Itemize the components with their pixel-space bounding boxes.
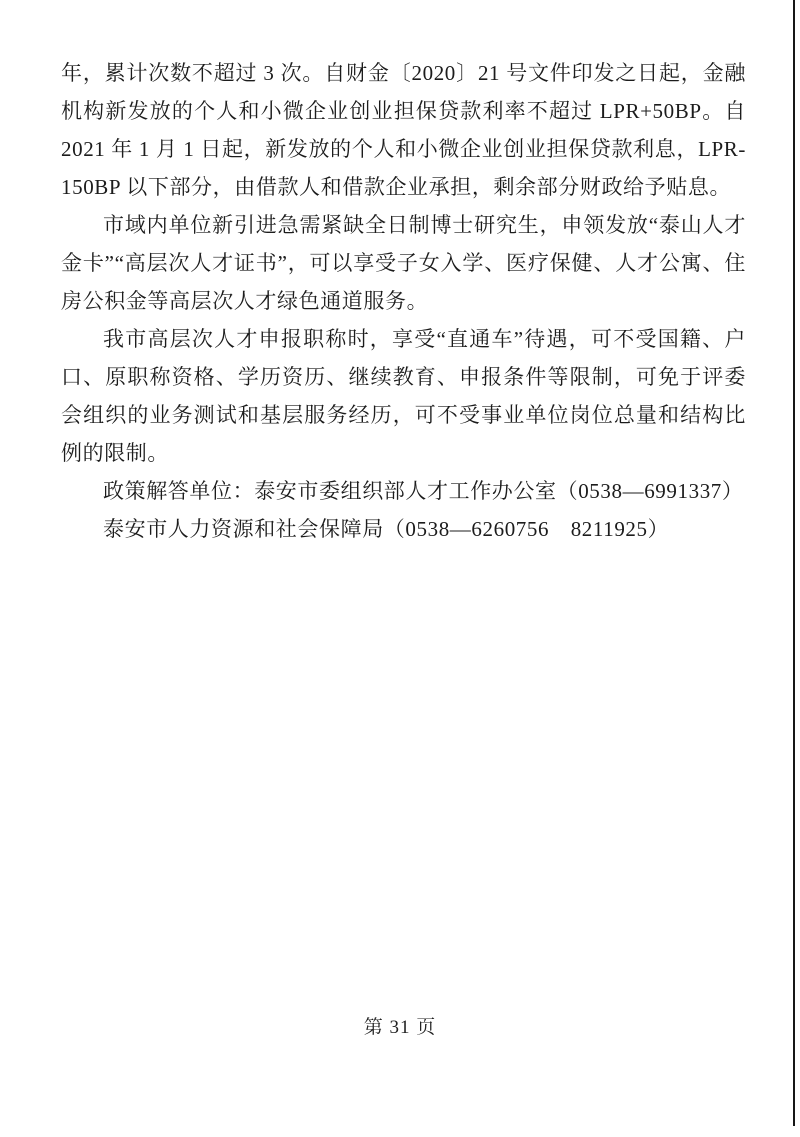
body-paragraph: 政策解答单位：泰安市委组织部人才工作办公室（0538—6991337） — [61, 472, 746, 510]
page-number: 第 31 页 — [0, 1012, 800, 1039]
body-paragraph: 市域内单位新引进急需紧缺全日制博士研究生，申领发放“泰山人才金卡”“高层次人才证… — [61, 206, 746, 320]
body-paragraph: 年，累计次数不超过 3 次。自财金〔2020〕21 号文件印发之日起，金融机构新… — [61, 54, 746, 206]
document-page: 年，累计次数不超过 3 次。自财金〔2020〕21 号文件印发之日起，金融机构新… — [0, 0, 800, 1137]
body-paragraph: 泰安市人力资源和社会保障局（0538—6260756 8211925） — [61, 510, 746, 548]
document-body: 年，累计次数不超过 3 次。自财金〔2020〕21 号文件印发之日起，金融机构新… — [61, 54, 746, 548]
scan-edge-line — [793, 0, 795, 1126]
body-paragraph: 我市高层次人才申报职称时，享受“直通车”待遇，可不受国籍、户口、原职称资格、学历… — [61, 320, 746, 472]
